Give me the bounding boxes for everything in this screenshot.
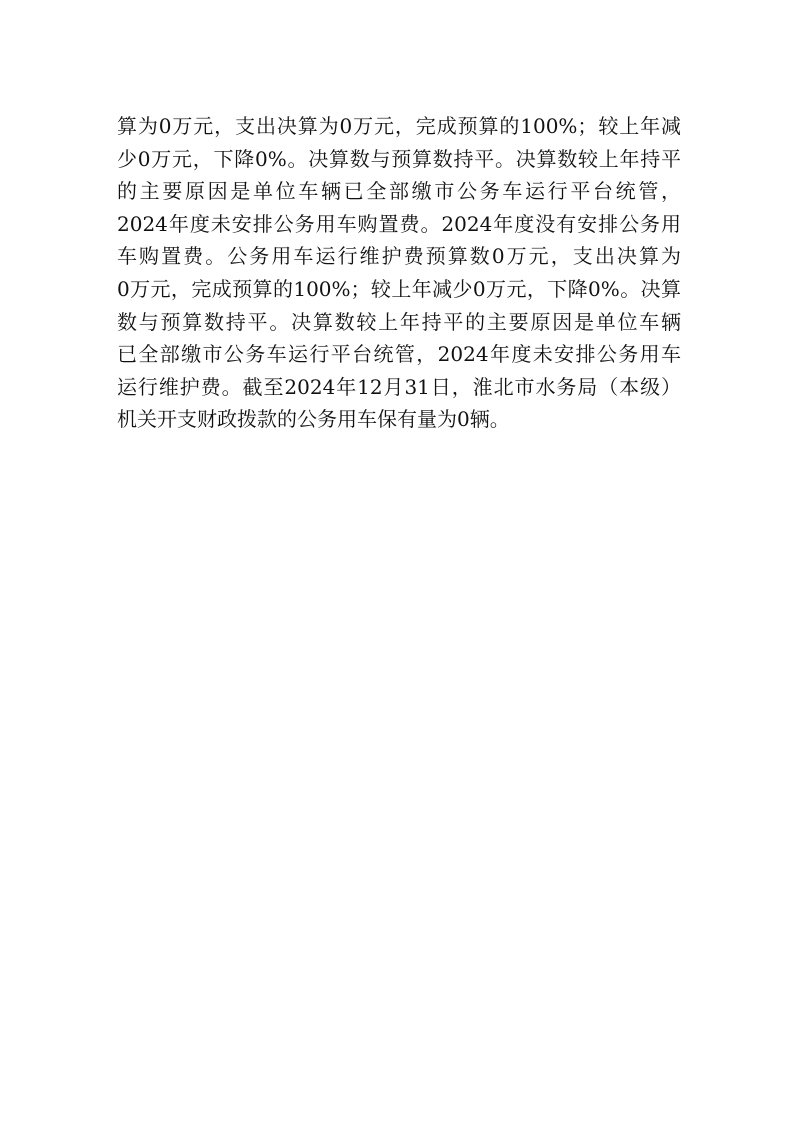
paragraph-line: 已全部缴市公务车运行平台统管，2024年度未安排公务用车 — [117, 338, 681, 371]
document-page: 算为0万元，支出决算为0万元，完成预算的100%；较上年减 少0万元，下降0%。… — [0, 0, 793, 1122]
paragraph-line: 运行维护费。截至2024年12月31日，淮北市水务局（本级） — [117, 371, 681, 404]
paragraph-line: 数与预算数持平。决算数较上年持平的主要原因是单位车辆 — [117, 306, 681, 339]
paragraph-line: 0万元，完成预算的100%；较上年减少0万元，下降0%。决算 — [117, 273, 681, 306]
paragraph-line: 机关开支财政拨款的公务用车保有量为0辆。 — [117, 403, 681, 436]
paragraph-line: 2024年度未安排公务用车购置费。2024年度没有安排公务用 — [117, 208, 681, 241]
paragraph-line: 算为0万元，支出决算为0万元，完成预算的100%；较上年减 — [117, 110, 681, 143]
paragraph-line: 的主要原因是单位车辆已全部缴市公务车运行平台统管， — [117, 175, 681, 208]
body-paragraph: 算为0万元，支出决算为0万元，完成预算的100%；较上年减 少0万元，下降0%。… — [117, 110, 681, 436]
paragraph-line: 车购置费。公务用车运行维护费预算数0万元，支出决算为 — [117, 240, 681, 273]
paragraph-line: 少0万元，下降0%。决算数与预算数持平。决算数较上年持平 — [117, 143, 681, 176]
